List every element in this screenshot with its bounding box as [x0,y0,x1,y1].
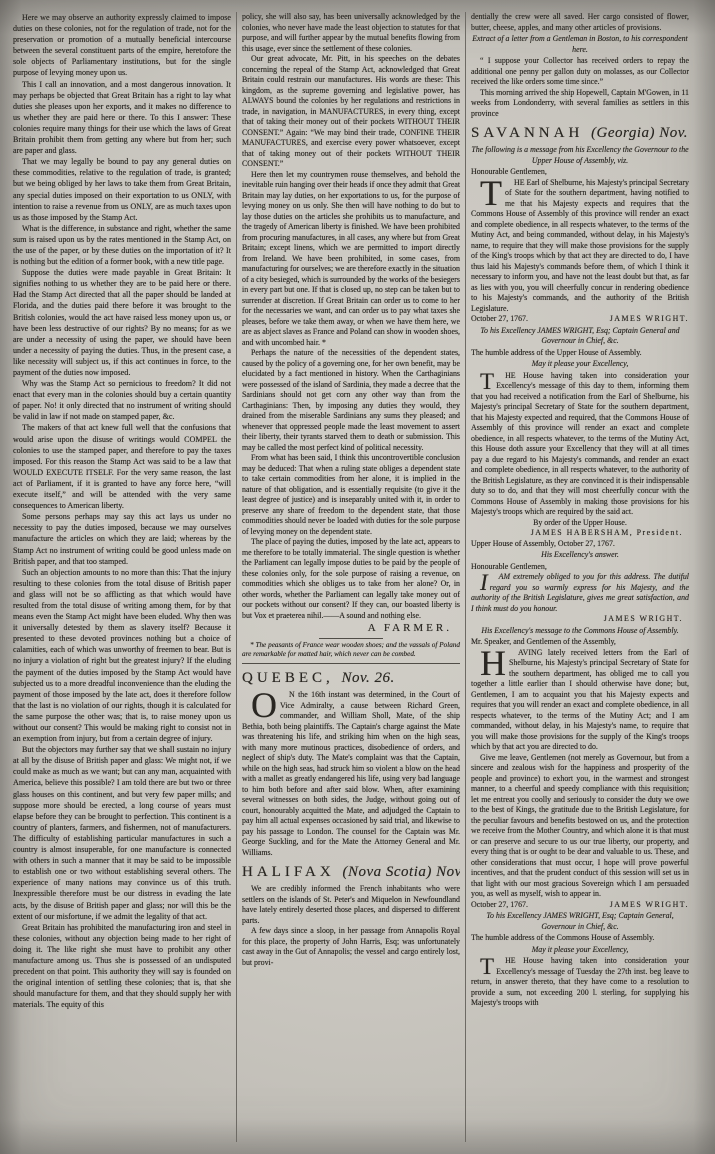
headline-segment: (Georgia) Nov. 4. [591,125,689,141]
date-signature: October 27, 1767.JAMES WRIGHT. [471,900,689,911]
savannah-headline: SAVANNAH (Georgia) Nov. 4. [471,124,689,142]
salutation: Honourable Gentlemen, [471,562,689,573]
answer-heading: His Excellency's answer. [471,550,689,561]
farmer-letter-paragraph: Why was the Stamp Act so pernicious to f… [13,378,231,422]
headline-segment: QUEBEC, [242,670,342,686]
governor-message-commons: HAVING lately received letters from the … [471,648,689,753]
farmer-letter-paragraph: Some persons perhaps may say this act la… [13,511,231,566]
savannah-byline: The following is a message from his Exce… [471,145,689,166]
salutation: May it please your Excellency, [471,359,689,370]
message-heading: His Excellency's message to the Commons … [471,626,689,637]
farmer-letter-paragraph: The makers of that act knew full well th… [13,422,231,511]
drop-cap: T [471,371,496,391]
address-heading: To his Excellency JAMES WRIGHT, Esq; Cap… [471,911,689,932]
halifax-article: We are credibly informed the French inha… [242,884,460,926]
footnote: * The peasants of France wear wooden sho… [242,641,460,660]
drop-cap: O [242,690,280,720]
farmer-letter-paragraph: Great Britain has prohibited the manufac… [13,922,231,1011]
governor-message: THE Earl of Shelburne, his Majesty's pri… [471,178,689,315]
farmer-letter-paragraph: That we may legally be bound to pay any … [13,156,231,223]
headline-segment: SAVANNAH [471,125,591,141]
farmer-letter-paragraph: But the objectors may further say that w… [13,744,231,922]
farmer-letter-paragraph: Such an objection amounts to no more tha… [13,567,231,745]
section-divider-rule [242,663,460,664]
drop-cap: I [471,572,490,592]
governor-message-commons: Give me leave, Gentlemen (not merely as … [471,753,689,900]
halifax-article-continued: dentially the crew were all saved. Her c… [471,12,689,33]
commons-house-address: THE House having taken into consideratio… [471,956,689,1009]
boston-letter: “ I suppose your Collector has received … [471,56,689,88]
governor-answer: I AM extremely obliged to you for this a… [471,572,689,614]
salutation: Honourable Gentlemen, [471,167,689,178]
newspaper-page: Here we may observe an authority express… [0,0,715,1154]
halifax-article: A few days since a sloop, in her passage… [242,926,460,968]
address-title: The humble address of the Commons House … [471,933,689,944]
farmer-letter-paragraph: Here we may observe an authority express… [13,12,231,79]
farmer-letter-paragraph: This I call an innovation, and a most da… [13,79,231,157]
date-signature: October 27, 1767.JAMES WRIGHT. [471,314,689,325]
signature-text: JAMES WRIGHT. [610,900,689,911]
date-text: October 27, 1767. [471,314,528,325]
order-line: By order of the Upper House. [471,518,689,529]
columns: Here we may observe an authority express… [8,12,694,1142]
farmer-letter-paragraph: The place of paying the duties, imposed … [242,537,460,621]
farmer-letter-paragraph: Suppose the duties were made payable in … [13,267,231,378]
signature-text: JAMES WRIGHT. [610,314,689,325]
address-title: The humble address of the Upper House of… [471,348,689,359]
halifax-headline: HALIFAX (Nova Scotia) Nov. 26. [242,863,460,881]
boston-letter-byline: Extract of a letter from a Gentleman in … [471,34,689,55]
farmer-letter-paragraph: From what has been said, I think this un… [242,453,460,537]
quebec-headline: QUEBEC, Nov. 26. [242,669,460,687]
habersham-signature: JAMES HABERSHAM, President. [471,528,689,539]
salutation: Mr. Speaker, and Gentlemen of the Assemb… [471,637,689,648]
farmer-signature: A FARMER. [242,623,460,634]
column-mid: policy, she will also say, has been univ… [236,12,465,1142]
date-text: October 27, 1767. [471,900,528,911]
salutation: May it please your Excellency, [471,945,689,956]
farmer-letter-paragraph: policy, she will also say, has been univ… [242,12,460,54]
shipping-news: This morning arrived the ship Hopewell, … [471,88,689,120]
quebec-article: ON the 16th instant was determined, in t… [242,690,460,858]
wright-signature: JAMES WRIGHT. [471,614,689,625]
column-right: dentially the crew were all saved. Her c… [465,12,694,1142]
drop-cap: T [471,956,496,976]
farmer-letter-paragraph: Our great advocate, Mr. Pitt, in his spe… [242,54,460,170]
farmer-letter-paragraph: Here then let my countrymen rouse themse… [242,170,460,349]
footnote-rule [319,638,383,639]
drop-cap: T [471,178,505,208]
dateline: Upper House of Assembly, October 27, 176… [471,539,689,550]
farmer-letter-paragraph: Perhaps the nature of the necessities of… [242,348,460,453]
headline-segment: (Nova Scotia) Nov. 26. [342,864,460,880]
drop-cap: H [471,648,509,678]
upper-house-address: THE House having taken into consideratio… [471,371,689,518]
headline-segment: HALIFAX [242,864,342,880]
address-heading: To his Excellency JAMES WRIGHT, Esq; Cap… [471,326,689,347]
farmer-letter-paragraph: What is the difference, in substance and… [13,223,231,267]
column-left: Here we may observe an authority express… [8,12,236,1142]
headline-segment: Nov. 26. [342,670,395,686]
